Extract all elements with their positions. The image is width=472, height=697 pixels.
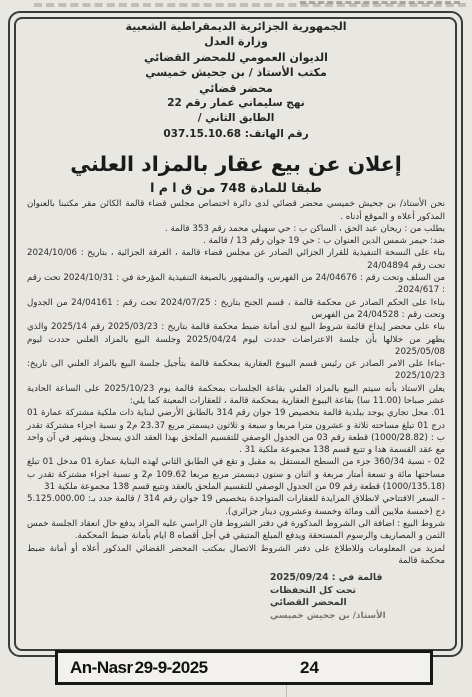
paragraph-index-numbers: من السلف وتحت رقم : 24/04676 من الفهرس، … bbox=[27, 272, 445, 297]
paragraph-property-01: 01. محل تجاري يوجد ببلدية قالمة بتخصيص 1… bbox=[27, 407, 445, 456]
signature-role: المحضر القضائي bbox=[270, 597, 445, 610]
letterhead: الجمهورية الجزائرية الديمقراطية الشعبية … bbox=[27, 19, 445, 142]
paragraph-intro: نحن الأستاذ/ بن جحيش خميسي محضر قضائي لد… bbox=[27, 198, 445, 223]
paragraph-opening-price: - السعر الافتتاحي لانطلاق المزايدة للعقا… bbox=[27, 493, 445, 518]
notice-title: إعلان عن بيع عقار بالمزاد العلني bbox=[27, 151, 445, 177]
paragraph-against: ضد: حيمر شمس الدين العنوان ب : حي 19 جوا… bbox=[27, 235, 445, 247]
notice-content: الجمهورية الجزائرية الديمقراطية الشعبية … bbox=[27, 19, 445, 623]
newspaper-footer-stamp: An-Nasr 29-9-2025 24 bbox=[55, 650, 433, 685]
header-office: الديوان العمومي للمحضر القضائي bbox=[27, 50, 445, 65]
signature-reservations: تحت كل التحفظات bbox=[270, 585, 445, 598]
header-address: نهج سليماني عمار رقم 22 bbox=[27, 96, 445, 111]
signature-block: قالمة في : 2025/09/24 تحت كل التحفظات ال… bbox=[270, 572, 445, 622]
paragraph-property-02: 02 - نسبة 360/34 جزء من السطح المستقل به… bbox=[27, 456, 445, 493]
newspaper-name: An-Nasr bbox=[70, 658, 133, 678]
scan-artifact-top-right-dashes bbox=[300, 1, 460, 4]
paragraph-executive-copy: بناء على النسخة التنفيذية للقرار الجزائي… bbox=[27, 247, 445, 272]
paragraph-more-info: لمزيد من المعلومات وللاطلاع على دفتر الش… bbox=[27, 543, 445, 568]
paragraph-requester: بطلب من : ريحان عبد الحق ، الساكن ب : حي… bbox=[27, 223, 445, 235]
paragraph-auction-announcement: يعلن الاستاذ بأنه سيتم البيع بالمزاد الع… bbox=[27, 383, 445, 408]
paragraph-deposit-minutes: بناء على محضر إيداع قائمة شروط البيع لدى… bbox=[27, 321, 445, 358]
signature-place-date: قالمة في : 2025/09/24 bbox=[270, 572, 445, 585]
notice-subtitle: طبقا للمادة 748 من ق ا م ا bbox=[27, 180, 445, 195]
paragraph-postponement-order: -بناءا على الامر الصادر عن رئيس قسم البي… bbox=[27, 358, 445, 383]
header-bailiff-title: محضر قضائي bbox=[27, 81, 445, 96]
scanned-legal-notice-page: الجمهورية الجزائرية الديمقراطية الشعبية … bbox=[0, 0, 472, 697]
paragraph-sale-conditions: شروط البيع : اضافة الى الشروط المذكورة ف… bbox=[27, 518, 445, 543]
header-bailiff-office: مكتب الأستاذ / بن جحيش خميسي bbox=[27, 65, 445, 80]
signature-name: الأستاذ/ بن جحيش خميسي bbox=[270, 610, 445, 623]
header-republic: الجمهورية الجزائرية الديمقراطية الشعبية bbox=[27, 19, 445, 34]
header-ministry: وزارة العدل bbox=[27, 34, 445, 49]
paragraph-judgment: بناءا على الحكم الصادر عن محكمة قالمة ، … bbox=[27, 297, 445, 322]
header-floor: الطابق الثاني / bbox=[27, 111, 445, 126]
page-number: 24 bbox=[300, 658, 319, 678]
notice-body: نحن الأستاذ/ بن جحيش خميسي محضر قضائي لد… bbox=[27, 198, 445, 567]
publication-date: 29-9-2025 bbox=[135, 658, 208, 678]
header-phone: رقم الهاتف: 037.15.10.68 bbox=[27, 127, 445, 142]
